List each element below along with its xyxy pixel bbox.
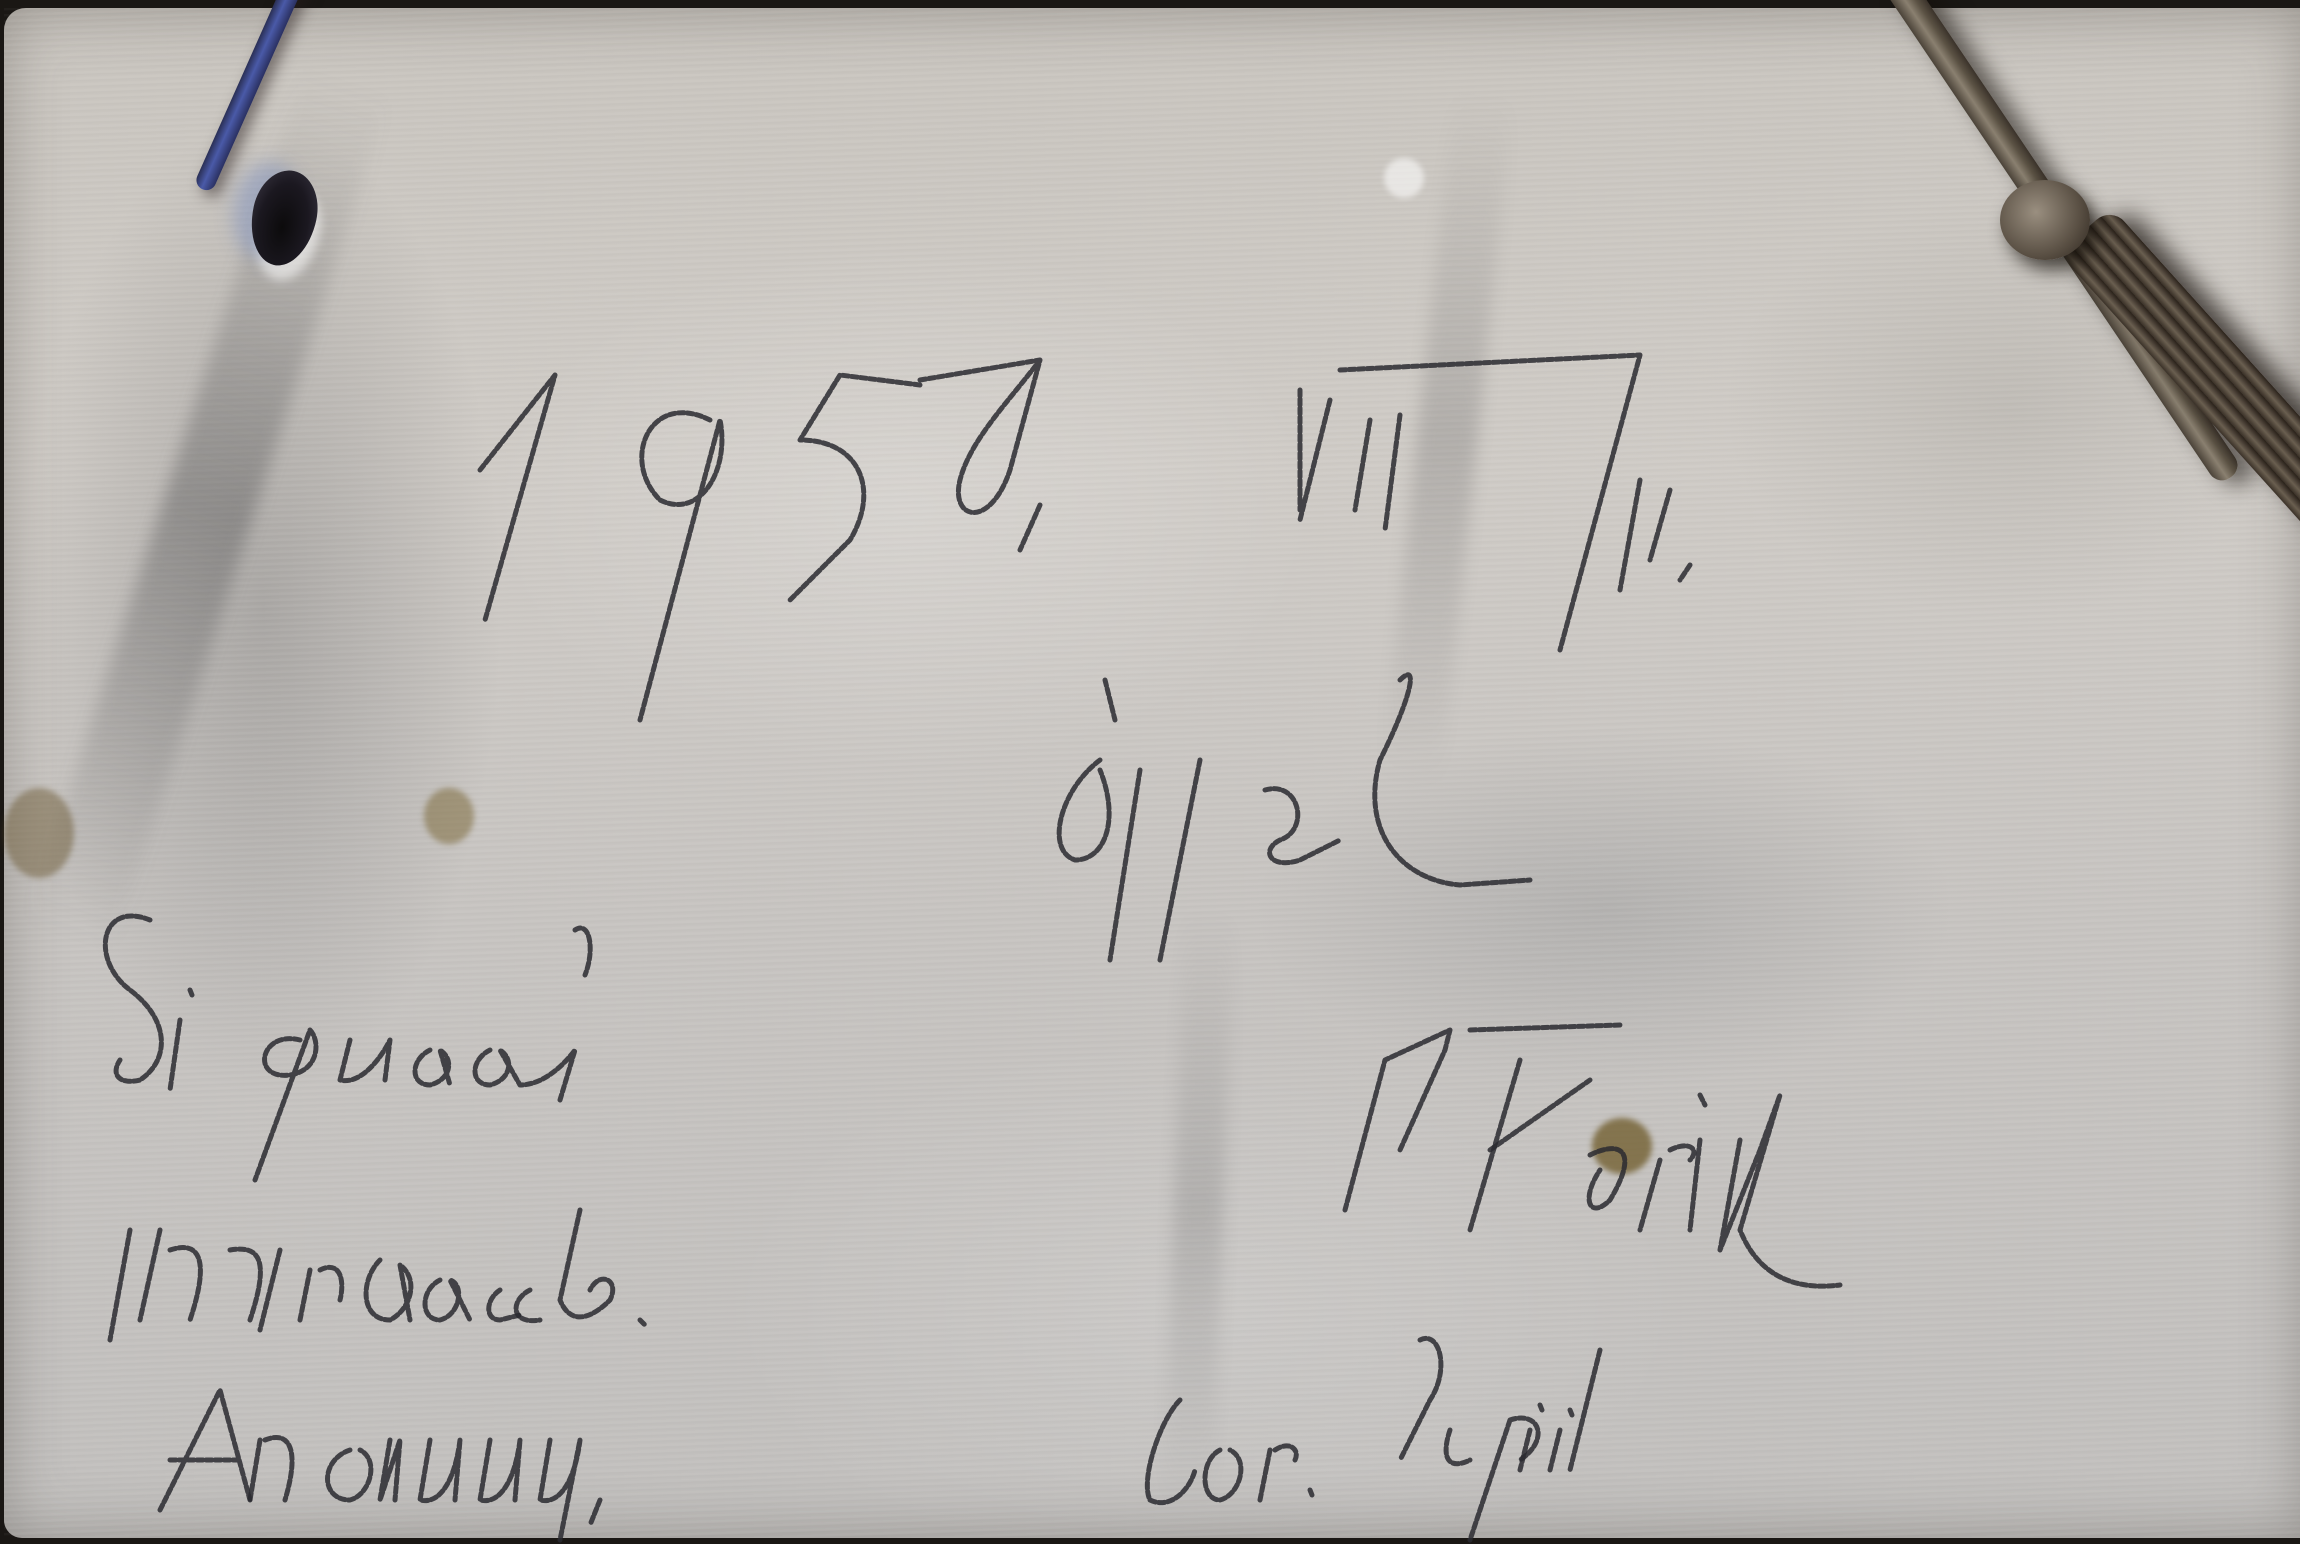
- photo-scene: 1950. VII/11. Éjjel Si quaas, P. Florian…: [0, 0, 2300, 1544]
- pencil-handwriting: [0, 0, 2300, 1544]
- line-3-strokes: [105, 916, 590, 1180]
- line-1-strokes: [480, 355, 1690, 720]
- line-4-strokes: [1345, 1025, 1840, 1286]
- line-5-strokes: [110, 1210, 645, 1340]
- line-2-strokes: [1059, 675, 1530, 960]
- line-6-strokes: [160, 1338, 1600, 1540]
